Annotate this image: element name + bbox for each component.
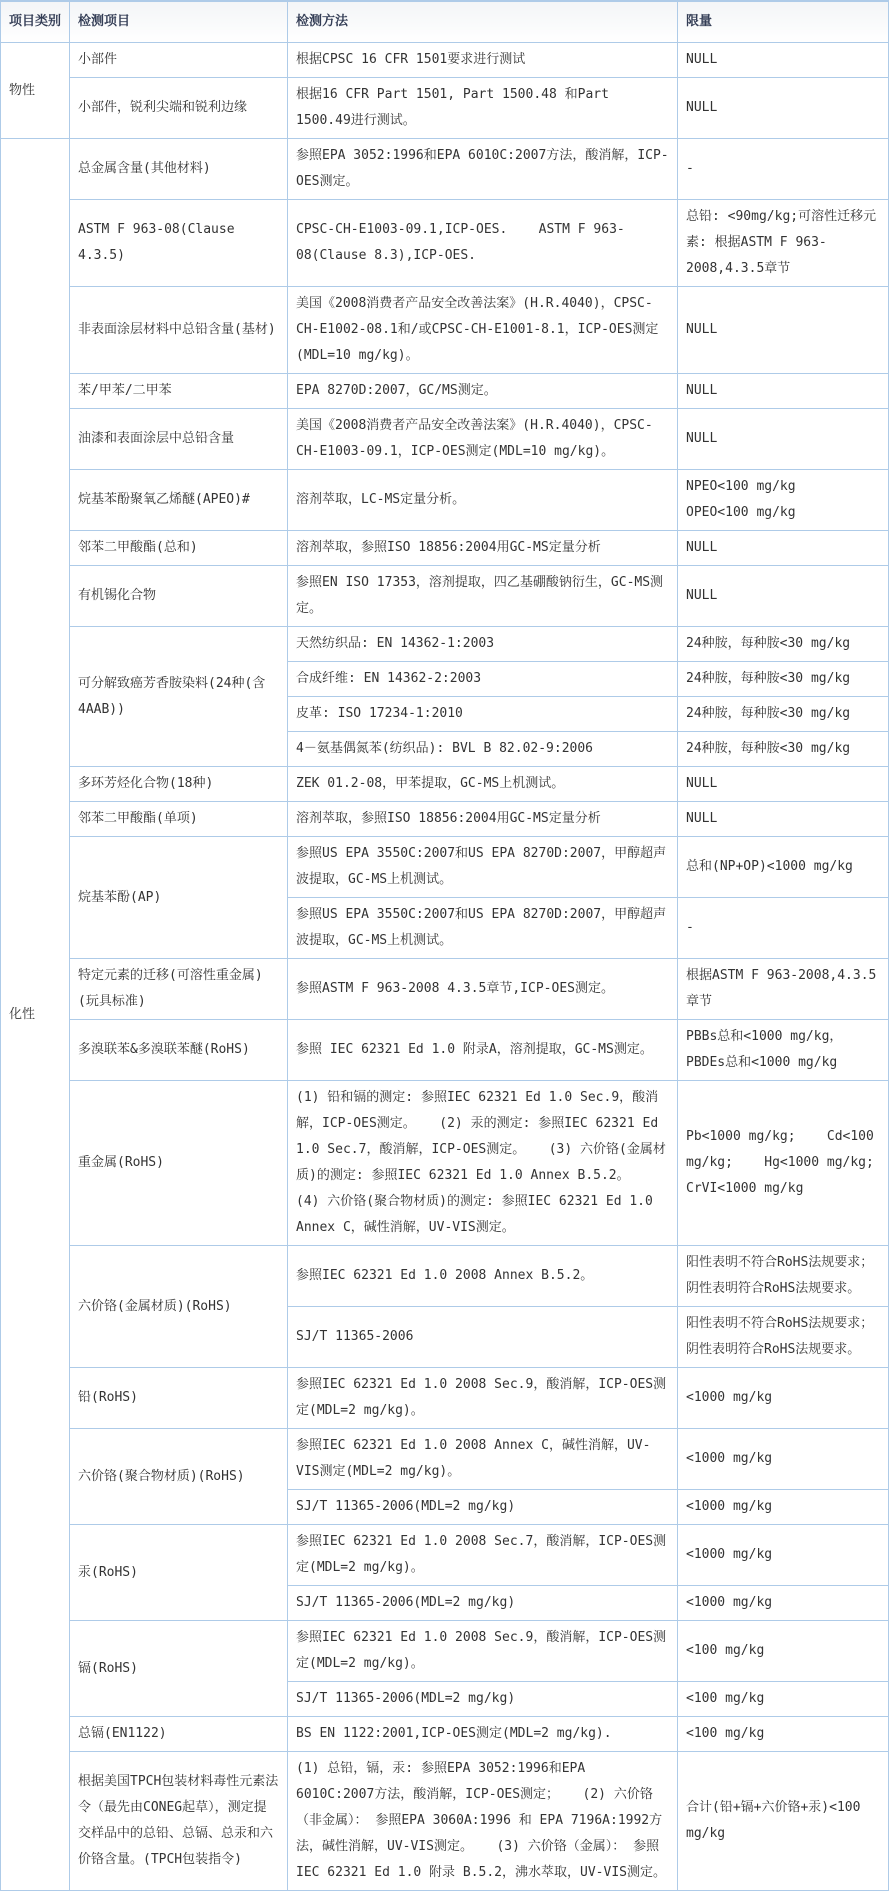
limit-cell: Pb<1000 mg/kg; Cd<100 mg/kg; Hg<1000 mg/… xyxy=(678,1081,889,1246)
item-cell: 汞(RoHS) xyxy=(70,1525,288,1621)
method-cell: SJ/T 11365-2006 xyxy=(288,1307,678,1368)
table-row: ASTM F 963-08(Clause 4.3.5)CPSC-CH-E1003… xyxy=(1,200,889,287)
method-cell: BS EN 1122:2001,ICP-OES测定(MDL=2 mg/kg). xyxy=(288,1717,678,1752)
table-row: 非表面涂层材料中总铅含量(基材)美国《2008消费者产品安全改善法案》(H.R.… xyxy=(1,287,889,374)
limit-cell: 24种胺，每种胺<30 mg/kg xyxy=(678,662,889,697)
item-cell: 多环芳烃化合物(18种) xyxy=(70,767,288,802)
limit-cell: <100 mg/kg xyxy=(678,1621,889,1682)
table-row: 邻苯二甲酸酯(单项)溶剂萃取，参照ISO 18856:2004用GC-MS定量分… xyxy=(1,802,889,837)
limit-cell: <1000 mg/kg xyxy=(678,1429,889,1490)
method-cell: 美国《2008消费者产品安全改善法案》(H.R.4040)，CPSC-CH-E1… xyxy=(288,409,678,470)
method-cell: 溶剂萃取，参照ISO 18856:2004用GC-MS定量分析 xyxy=(288,531,678,566)
limit-cell: NULL xyxy=(678,409,889,470)
item-cell: 小部件 xyxy=(70,43,288,78)
limit-cell: NULL xyxy=(678,566,889,627)
method-cell: 天然纺织品: EN 14362-1:2003 xyxy=(288,627,678,662)
category-cell: 物性 xyxy=(1,43,70,139)
table-row: 六价铬(金属材质)(RoHS)参照IEC 62321 Ed 1.0 2008 A… xyxy=(1,1246,889,1307)
header-item-category: 项目类别 xyxy=(1,1,70,43)
method-cell: 参照ASTM F 963-2008 4.3.5章节,ICP-OES测定。 xyxy=(288,959,678,1020)
limit-cell: <1000 mg/kg xyxy=(678,1586,889,1621)
table-row: 物性小部件根据CPSC 16 CFR 1501要求进行测试NULL xyxy=(1,43,889,78)
method-cell: 美国《2008消费者产品安全改善法案》(H.R.4040)，CPSC-CH-E1… xyxy=(288,287,678,374)
method-cell: 参照IEC 62321 Ed 1.0 2008 Annex B.5.2。 xyxy=(288,1246,678,1307)
category-cell: 化性 xyxy=(1,139,70,1891)
method-cell: 溶剂萃取，参照ISO 18856:2004用GC-MS定量分析 xyxy=(288,802,678,837)
item-cell: 非表面涂层材料中总铅含量(基材) xyxy=(70,287,288,374)
table-row: 根据美国TPCH包装材料毒性元素法令（最先由CONEG起草），测定提交样品中的总… xyxy=(1,1752,889,1891)
table-header: 项目类别 检测项目 检测方法 限量 xyxy=(1,1,889,43)
method-cell: 参照US EPA 3550C:2007和US EPA 8270D:2007，甲醇… xyxy=(288,898,678,959)
method-cell: CPSC-CH-E1003-09.1,ICP-OES. ASTM F 963-0… xyxy=(288,200,678,287)
method-cell: (1) 铅和镉的测定: 参照IEC 62321 Ed 1.0 Sec.9，酸消解… xyxy=(288,1081,678,1246)
limit-cell: NULL xyxy=(678,287,889,374)
table-row: 总镉(EN1122)BS EN 1122:2001,ICP-OES测定(MDL=… xyxy=(1,1717,889,1752)
method-cell: 溶剂萃取，LC-MS定量分析。 xyxy=(288,470,678,531)
method-cell: 合成纤维: EN 14362-2:2003 xyxy=(288,662,678,697)
table-row: 多环芳烃化合物(18种)ZEK 01.2-08，甲苯提取，GC-MS上机测试。N… xyxy=(1,767,889,802)
limit-cell: 阳性表明不符合RoHS法规要求；阴性表明符合RoHS法规要求。 xyxy=(678,1307,889,1368)
table-row: 铅(RoHS)参照IEC 62321 Ed 1.0 2008 Sec.9，酸消解… xyxy=(1,1368,889,1429)
item-cell: 六价铬(金属材质)(RoHS) xyxy=(70,1246,288,1368)
method-cell: 根据16 CFR Part 1501, Part 1500.48 和Part 1… xyxy=(288,78,678,139)
table-row: 可分解致癌芳香胺染料(24种(含4AAB))天然纺织品: EN 14362-1:… xyxy=(1,627,889,662)
limit-cell: 合计(铅+镉+六价铬+汞)<100 mg/kg xyxy=(678,1752,889,1891)
limit-cell: NULL xyxy=(678,531,889,566)
table-row: 汞(RoHS)参照IEC 62321 Ed 1.0 2008 Sec.7，酸消解… xyxy=(1,1525,889,1586)
table-row: 特定元素的迁移(可溶性重金属)(玩具标准)参照ASTM F 963-2008 4… xyxy=(1,959,889,1020)
method-cell: 4－氨基偶氮苯(纺织品): BVL B 82.02-9:2006 xyxy=(288,732,678,767)
limit-cell: NULL xyxy=(678,767,889,802)
limit-cell: PBBs总和<1000 mg/kg，PBDEs总和<1000 mg/kg xyxy=(678,1020,889,1081)
table-row: 小部件，锐利尖端和锐利边缘根据16 CFR Part 1501, Part 15… xyxy=(1,78,889,139)
table-row: 重金属(RoHS)(1) 铅和镉的测定: 参照IEC 62321 Ed 1.0 … xyxy=(1,1081,889,1246)
table-row: 烷基苯酚(AP)参照US EPA 3550C:2007和US EPA 8270D… xyxy=(1,837,889,898)
method-cell: 皮革: ISO 17234-1:2010 xyxy=(288,697,678,732)
header-limit: 限量 xyxy=(678,1,889,43)
method-cell: (1) 总铅，镉，汞: 参照EPA 3052:1996和EPA 6010C:20… xyxy=(288,1752,678,1891)
method-cell: 根据CPSC 16 CFR 1501要求进行测试 xyxy=(288,43,678,78)
table-row: 烷基苯酚聚氧乙烯醚(APEO)#溶剂萃取，LC-MS定量分析。NPEO<100 … xyxy=(1,470,889,531)
table-body: 物性小部件根据CPSC 16 CFR 1501要求进行测试NULL小部件，锐利尖… xyxy=(1,43,889,1891)
method-cell: 参照IEC 62321 Ed 1.0 2008 Sec.7，酸消解，ICP-OE… xyxy=(288,1525,678,1586)
item-cell: 六价铬(聚合物材质)(RoHS) xyxy=(70,1429,288,1525)
method-cell: ZEK 01.2-08，甲苯提取，GC-MS上机测试。 xyxy=(288,767,678,802)
table-row: 多溴联苯&多溴联苯醚(RoHS)参照 IEC 62321 Ed 1.0 附录A，… xyxy=(1,1020,889,1081)
item-cell: 重金属(RoHS) xyxy=(70,1081,288,1246)
table-row: 油漆和表面涂层中总铅含量美国《2008消费者产品安全改善法案》(H.R.4040… xyxy=(1,409,889,470)
method-cell: 参照 IEC 62321 Ed 1.0 附录A，溶剂提取，GC-MS测定。 xyxy=(288,1020,678,1081)
item-cell: 邻苯二甲酸酯(单项) xyxy=(70,802,288,837)
table-row: 六价铬(聚合物材质)(RoHS)参照IEC 62321 Ed 1.0 2008 … xyxy=(1,1429,889,1490)
limit-cell: 24种胺，每种胺<30 mg/kg xyxy=(678,627,889,662)
item-cell: 小部件，锐利尖端和锐利边缘 xyxy=(70,78,288,139)
header-row: 项目类别 检测项目 检测方法 限量 xyxy=(1,1,889,43)
limit-cell: NULL xyxy=(678,78,889,139)
method-cell: 参照US EPA 3550C:2007和US EPA 8270D:2007，甲醇… xyxy=(288,837,678,898)
method-cell: SJ/T 11365-2006(MDL=2 mg/kg) xyxy=(288,1682,678,1717)
limit-cell: NPEO<100 mg/kg OPEO<100 mg/kg xyxy=(678,470,889,531)
method-cell: 参照IEC 62321 Ed 1.0 2008 Sec.9，酸消解，ICP-OE… xyxy=(288,1368,678,1429)
limit-cell: <100 mg/kg xyxy=(678,1717,889,1752)
method-cell: 参照IEC 62321 Ed 1.0 2008 Annex C，碱性消解，UV-… xyxy=(288,1429,678,1490)
limit-cell: 24种胺，每种胺<30 mg/kg xyxy=(678,697,889,732)
limit-cell: 根据ASTM F 963-2008,4.3.5章节 xyxy=(678,959,889,1020)
item-cell: 镉(RoHS) xyxy=(70,1621,288,1717)
method-cell: SJ/T 11365-2006(MDL=2 mg/kg) xyxy=(288,1490,678,1525)
item-cell: 特定元素的迁移(可溶性重金属)(玩具标准) xyxy=(70,959,288,1020)
limit-cell: <1000 mg/kg xyxy=(678,1368,889,1429)
item-cell: 苯/甲苯/二甲苯 xyxy=(70,374,288,409)
table-row: 邻苯二甲酸酯(总和)溶剂萃取，参照ISO 18856:2004用GC-MS定量分… xyxy=(1,531,889,566)
item-cell: 烷基苯酚(AP) xyxy=(70,837,288,959)
table-row: 有机锡化合物参照EN ISO 17353，溶剂提取，四乙基硼酸钠衍生，GC-MS… xyxy=(1,566,889,627)
test-requirements-table: 项目类别 检测项目 检测方法 限量 物性小部件根据CPSC 16 CFR 150… xyxy=(0,0,889,1891)
limit-cell: 阳性表明不符合RoHS法规要求；阴性表明符合RoHS法规要求。 xyxy=(678,1246,889,1307)
limit-cell: <100 mg/kg xyxy=(678,1682,889,1717)
item-cell: 可分解致癌芳香胺染料(24种(含4AAB)) xyxy=(70,627,288,767)
table-row: 镉(RoHS)参照IEC 62321 Ed 1.0 2008 Sec.9，酸消解… xyxy=(1,1621,889,1682)
limit-cell: 24种胺，每种胺<30 mg/kg xyxy=(678,732,889,767)
limit-cell: NULL xyxy=(678,802,889,837)
item-cell: 邻苯二甲酸酯(总和) xyxy=(70,531,288,566)
limit-cell: NULL xyxy=(678,374,889,409)
item-cell: 铅(RoHS) xyxy=(70,1368,288,1429)
limit-cell: 总铅: <90mg/kg;可溶性迁移元素: 根据ASTM F 963-2008,… xyxy=(678,200,889,287)
limit-cell: <1000 mg/kg xyxy=(678,1525,889,1586)
limit-cell: - xyxy=(678,139,889,200)
limit-cell: NULL xyxy=(678,43,889,78)
method-cell: 参照IEC 62321 Ed 1.0 2008 Sec.9，酸消解，ICP-OE… xyxy=(288,1621,678,1682)
limit-cell: 总和(NP+OP)<1000 mg/kg xyxy=(678,837,889,898)
item-cell: 烷基苯酚聚氧乙烯醚(APEO)# xyxy=(70,470,288,531)
item-cell: 多溴联苯&多溴联苯醚(RoHS) xyxy=(70,1020,288,1081)
item-cell: 总镉(EN1122) xyxy=(70,1717,288,1752)
table-row: 苯/甲苯/二甲苯EPA 8270D:2007，GC/MS测定。NULL xyxy=(1,374,889,409)
table-row: 化性总金属含量(其他材料)参照EPA 3052:1996和EPA 6010C:2… xyxy=(1,139,889,200)
item-cell: 油漆和表面涂层中总铅含量 xyxy=(70,409,288,470)
method-cell: 参照EN ISO 17353，溶剂提取，四乙基硼酸钠衍生，GC-MS测定。 xyxy=(288,566,678,627)
header-test-item: 检测项目 xyxy=(70,1,288,43)
method-cell: EPA 8270D:2007，GC/MS测定。 xyxy=(288,374,678,409)
method-cell: 参照EPA 3052:1996和EPA 6010C:2007方法，酸消解，ICP… xyxy=(288,139,678,200)
header-test-method: 检测方法 xyxy=(288,1,678,43)
limit-cell: <1000 mg/kg xyxy=(678,1490,889,1525)
item-cell: 总金属含量(其他材料) xyxy=(70,139,288,200)
limit-cell: - xyxy=(678,898,889,959)
item-cell: 根据美国TPCH包装材料毒性元素法令（最先由CONEG起草），测定提交样品中的总… xyxy=(70,1752,288,1891)
method-cell: SJ/T 11365-2006(MDL=2 mg/kg) xyxy=(288,1586,678,1621)
item-cell: ASTM F 963-08(Clause 4.3.5) xyxy=(70,200,288,287)
item-cell: 有机锡化合物 xyxy=(70,566,288,627)
